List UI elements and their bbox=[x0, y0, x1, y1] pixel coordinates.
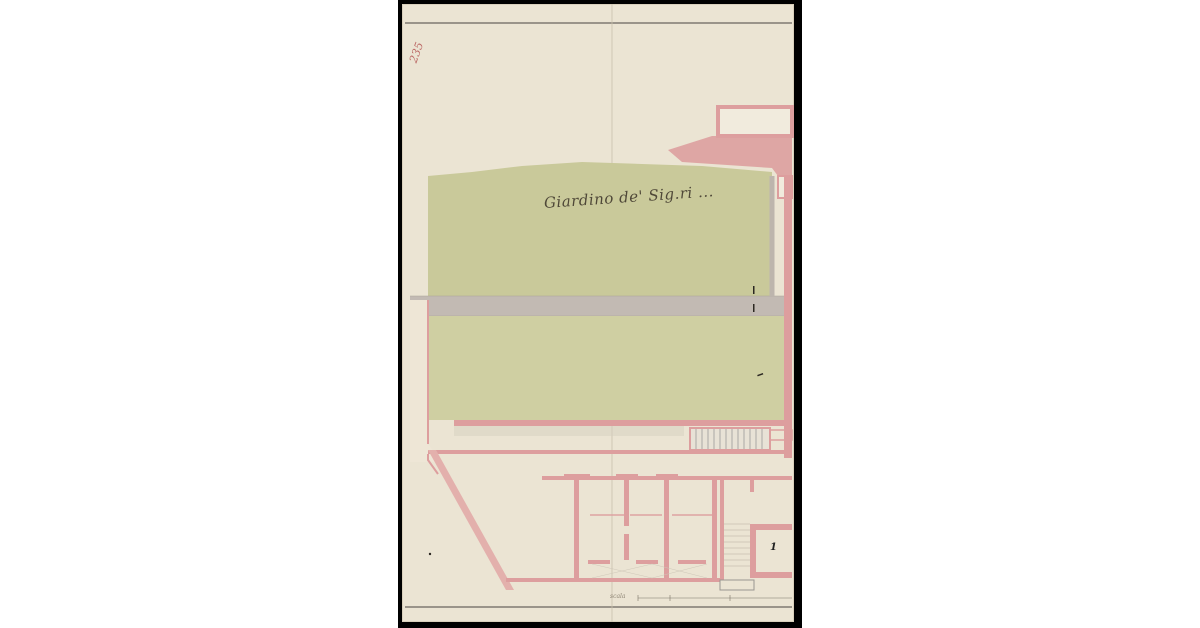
room-number: 1 bbox=[770, 542, 777, 553]
east-wall bbox=[784, 176, 792, 458]
terrace-wall bbox=[454, 420, 792, 426]
scale-bar-label: scala bbox=[610, 593, 626, 600]
architectural-plan bbox=[402, 4, 794, 622]
lower-garden bbox=[428, 316, 786, 420]
corridor-wall bbox=[428, 450, 792, 454]
garden-path bbox=[410, 296, 790, 316]
upper-garden bbox=[428, 162, 772, 296]
plan-sheet: 235 Giardino de' Sig.ri ... 1 scala bbox=[402, 4, 794, 622]
